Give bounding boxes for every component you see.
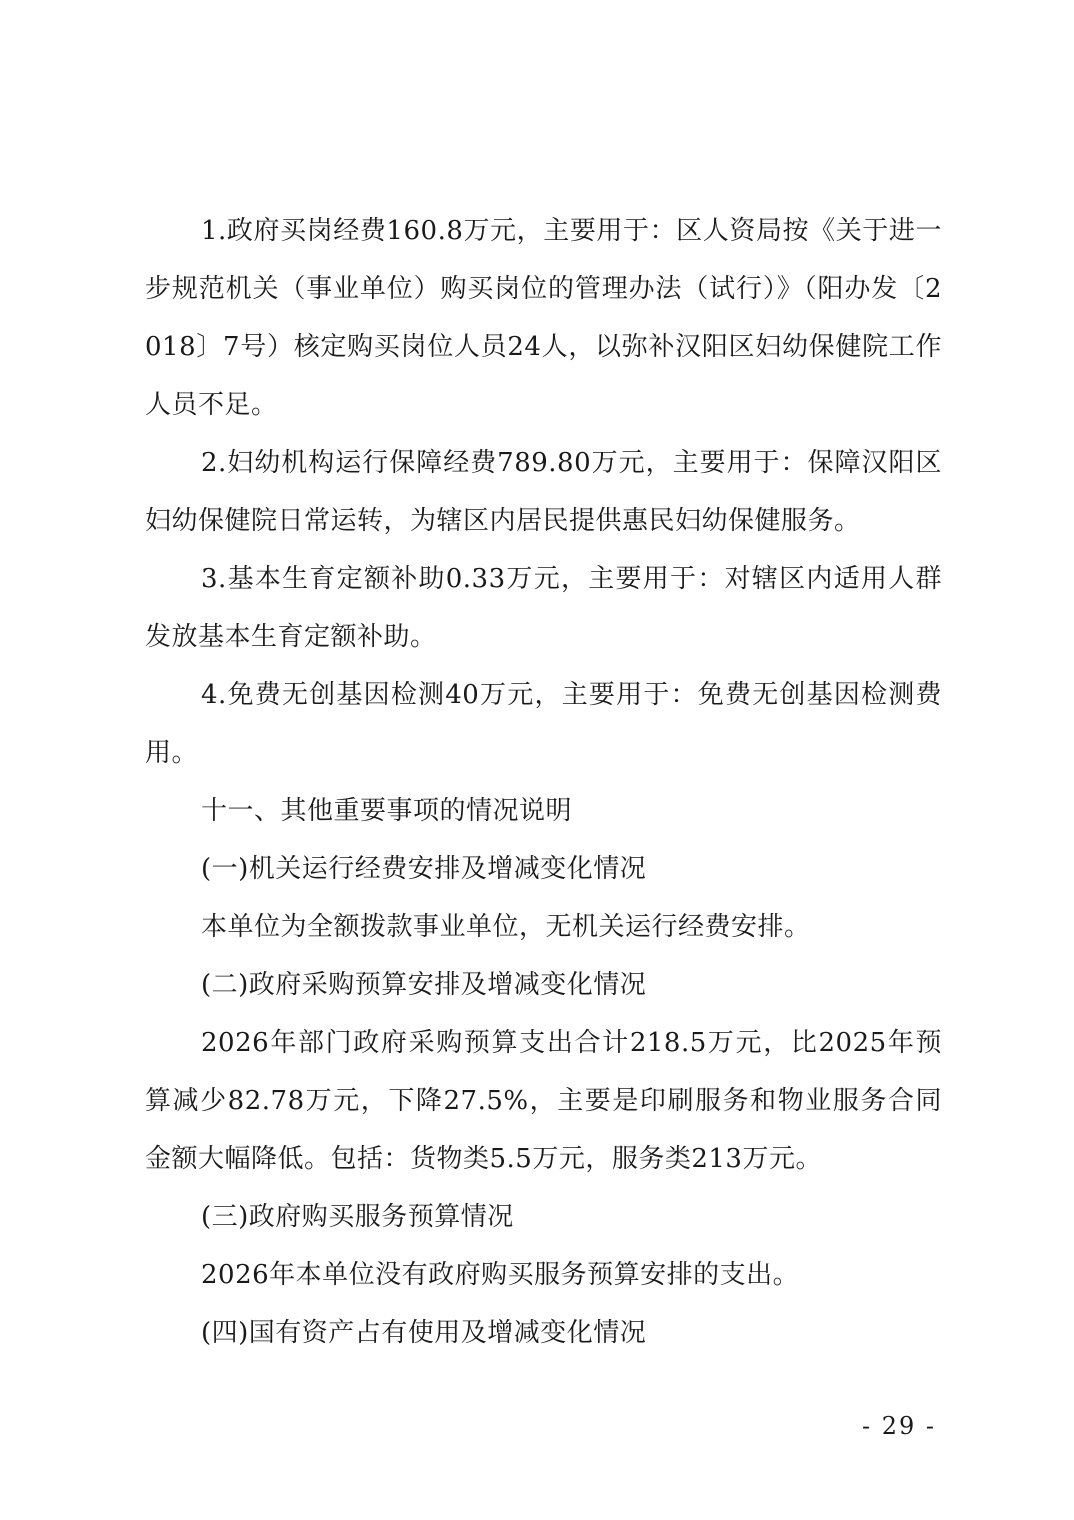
- subsection-3-heading: (三)政府购买服务预算情况: [145, 1188, 942, 1246]
- subsection-4-heading: (四)国有资产占有使用及增减变化情况: [145, 1304, 942, 1362]
- subsection-2-body: 2026年部门政府采购预算支出合计218.5万元，比2025年预算减少82.78…: [145, 1014, 942, 1188]
- page-number: - 29 -: [862, 1412, 936, 1440]
- section-11-heading: 十一、其他重要事项的情况说明: [145, 782, 942, 840]
- document-page: 1.政府买岗经费160.8万元，主要用于：区人资局按《关于进一步规范机关（事业单…: [145, 202, 942, 1362]
- subsection-1-body: 本单位为全额拨款事业单位，无机关运行经费安排。: [145, 898, 942, 956]
- item-1-government-post-funding: 1.政府买岗经费160.8万元，主要用于：区人资局按《关于进一步规范机关（事业单…: [145, 202, 942, 434]
- subsection-2-heading: (二)政府采购预算安排及增减变化情况: [145, 956, 942, 1014]
- subsection-1-heading: (一)机关运行经费安排及增减变化情况: [145, 840, 942, 898]
- item-3-basic-maternity-subsidy: 3.基本生育定额补助0.33万元，主要用于：对辖区内适用人群发放基本生育定额补助…: [145, 550, 942, 666]
- item-4-noninvasive-genetic-testing: 4.免费无创基因检测40万元，主要用于：免费无创基因检测费用。: [145, 666, 942, 782]
- item-2-maternal-child-operations-funding: 2.妇幼机构运行保障经费789.80万元，主要用于：保障汉阳区妇幼保健院日常运转…: [145, 434, 942, 550]
- subsection-3-body: 2026年本单位没有政府购买服务预算安排的支出。: [145, 1246, 942, 1304]
